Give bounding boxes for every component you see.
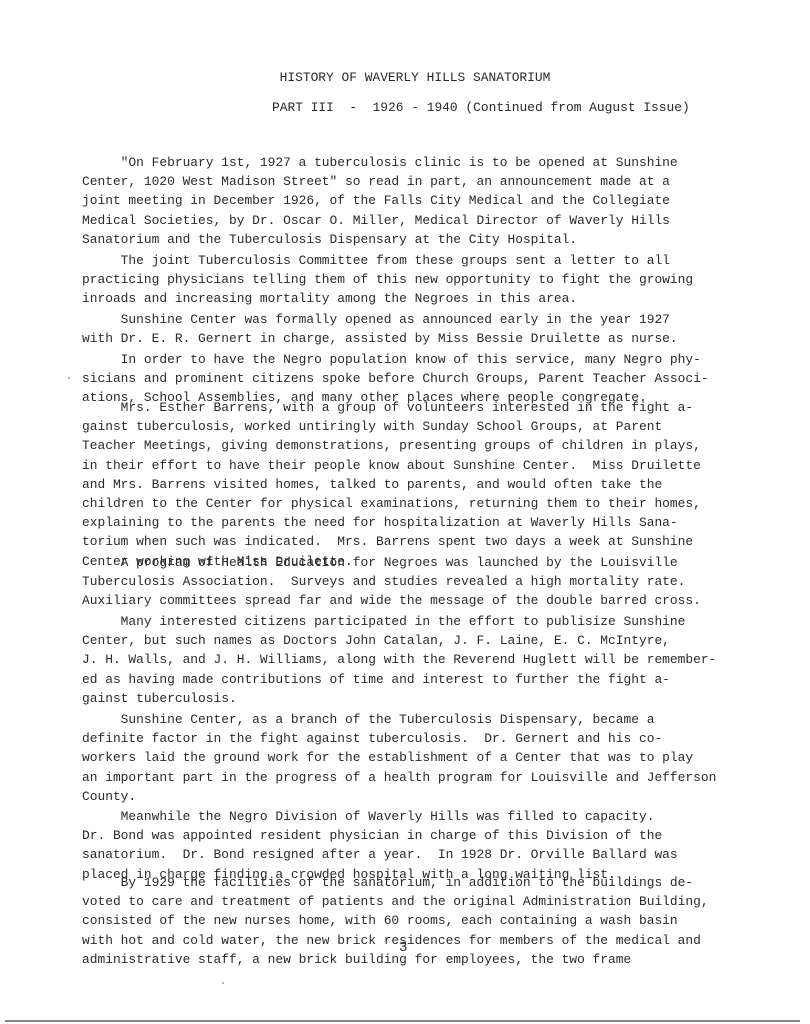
text-line: Teacher Meetings, giving demonstrations,… [82, 436, 701, 455]
text-line: in their effort to have their people kno… [82, 456, 701, 475]
paragraph-6: A program of Health Education for Negroe… [82, 553, 701, 611]
text-line: voted to care and treatment of patients … [82, 892, 709, 911]
text-line: sanatorium. Dr. Bond resigned after a ye… [82, 845, 678, 864]
text-line: explaining to the parents the need for h… [82, 513, 701, 532]
text-line: Dr. Bond was appointed resident physicia… [82, 826, 678, 845]
text-line: County. [82, 787, 716, 806]
text-line: Many interested citizens participated in… [82, 612, 716, 631]
text-line: practicing physicians telling them of th… [82, 270, 693, 289]
paragraph-2: The joint Tuberculosis Committee from th… [82, 251, 693, 309]
paragraph-10: By 1929 the facilities of the sanatorium… [82, 873, 709, 969]
text-line: The joint Tuberculosis Committee from th… [82, 251, 693, 270]
paragraph-3: Sunshine Center was formally opened as a… [82, 310, 678, 348]
text-line: A program of Health Education for Negroe… [82, 553, 701, 572]
text-line: Center, 1020 West Madison Street" so rea… [82, 172, 678, 191]
page-bottom-rule [5, 1020, 800, 1022]
scan-speck [68, 377, 70, 379]
paragraph-1: "On February 1st, 1927 a tuberculosis cl… [82, 153, 678, 249]
text-line: Meanwhile the Negro Division of Waverly … [82, 807, 678, 826]
text-line: workers laid the ground work for the est… [82, 748, 716, 767]
text-line: and Mrs. Barrens visited homes, talked t… [82, 475, 701, 494]
document-subtitle: PART III - 1926 - 1940 (Continued from A… [272, 98, 690, 117]
text-line: gainst tuberculosis, worked untiringly w… [82, 417, 701, 436]
paragraph-8: Sunshine Center, as a branch of the Tube… [82, 710, 716, 806]
text-line: Sanatorium and the Tuberculosis Dispensa… [82, 230, 678, 249]
text-line: J. H. Walls, and J. H. Williams, along w… [82, 650, 716, 669]
text-line: "On February 1st, 1927 a tuberculosis cl… [82, 153, 678, 172]
text-line: inroads and increasing mortality among t… [82, 289, 693, 308]
text-line: Auxiliary committees spread far and wide… [82, 591, 701, 610]
document-title: HISTORY OF WAVERLY HILLS SANATORIUM [0, 68, 810, 87]
text-line: Tuberculosis Association. Surveys and st… [82, 572, 701, 591]
scan-speck [222, 982, 224, 984]
text-line: definite factor in the fight against tub… [82, 729, 716, 748]
text-line: gainst tuberculosis. [82, 689, 716, 708]
text-line: ed as having made contributions of time … [82, 670, 716, 689]
text-line: In order to have the Negro population kn… [82, 350, 709, 369]
text-line: an important part in the progress of a h… [82, 768, 716, 787]
text-line: administrative staff, a new brick buildi… [82, 950, 709, 969]
paragraph-5: Mrs. Esther Barrens, with a group of vol… [82, 398, 701, 571]
page-number: 3 [399, 940, 407, 956]
text-line: Sunshine Center, as a branch of the Tube… [82, 710, 716, 729]
text-line: sicians and prominent citizens spoke bef… [82, 369, 709, 388]
text-line: joint meeting in December 1926, of the F… [82, 191, 678, 210]
text-line: Medical Societies, by Dr. Oscar O. Mille… [82, 211, 678, 230]
text-line: consisted of the new nurses home, with 6… [82, 911, 709, 930]
text-line: torium when such was indicated. Mrs. Bar… [82, 532, 701, 551]
paragraph-7: Many interested citizens participated in… [82, 612, 716, 708]
text-line: By 1929 the facilities of the sanatorium… [82, 873, 709, 892]
text-line: Center, but such names as Doctors John C… [82, 631, 716, 650]
document-page: HISTORY OF WAVERLY HILLS SANATORIUM PART… [0, 0, 810, 1024]
text-line: Sunshine Center was formally opened as a… [82, 310, 678, 329]
text-line: Mrs. Esther Barrens, with a group of vol… [82, 398, 701, 417]
text-line: with Dr. E. R. Gernert in charge, assist… [82, 329, 678, 348]
text-line: children to the Center for physical exam… [82, 494, 701, 513]
text-line: with hot and cold water, the new brick r… [82, 931, 709, 950]
